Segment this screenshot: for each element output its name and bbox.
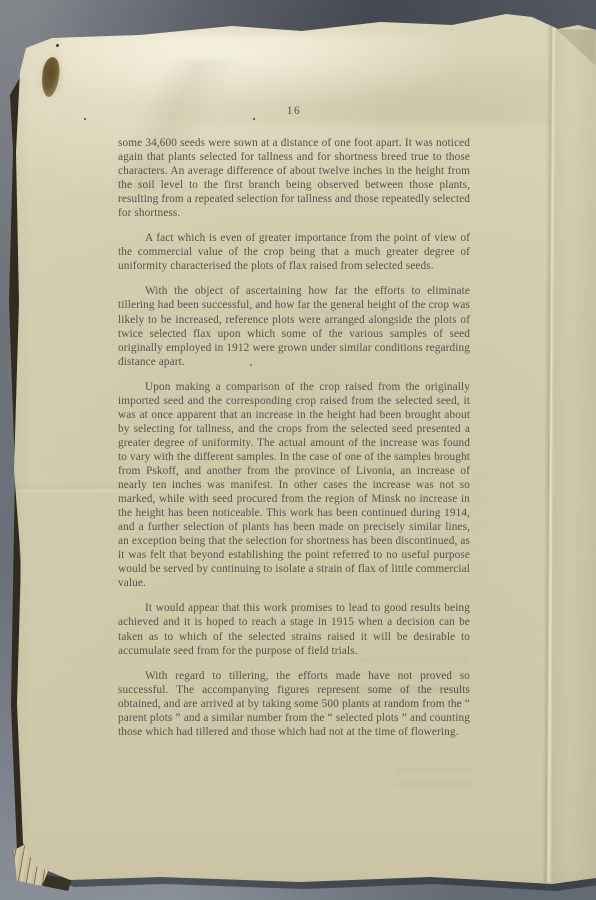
paragraph: A fact which is even of greater importan… xyxy=(118,231,470,273)
paper-speck xyxy=(56,44,59,47)
paragraph: With the object of ascertaining how far … xyxy=(118,284,470,368)
paragraph: some 34,600 seeds were sown at a distanc… xyxy=(118,136,470,220)
paragraph: It would appear that this work promises … xyxy=(118,601,470,657)
photo-background: 16 some 34,600 seeds were sown at a dist… xyxy=(0,0,596,900)
paragraph: Upon making a comparison of the crop rai… xyxy=(118,380,470,591)
page-number: 16 xyxy=(118,105,470,117)
paragraph: With regard to tillering, the efforts ma… xyxy=(118,669,470,739)
page-paper: 16 some 34,600 seeds were sown at a dist… xyxy=(0,0,596,900)
paper-speck xyxy=(253,118,255,120)
paper-speck xyxy=(84,118,86,120)
fold-shading xyxy=(552,24,596,882)
text-block: some 34,600 seeds were sown at a distanc… xyxy=(118,136,470,739)
verso-showthrough xyxy=(395,768,475,792)
